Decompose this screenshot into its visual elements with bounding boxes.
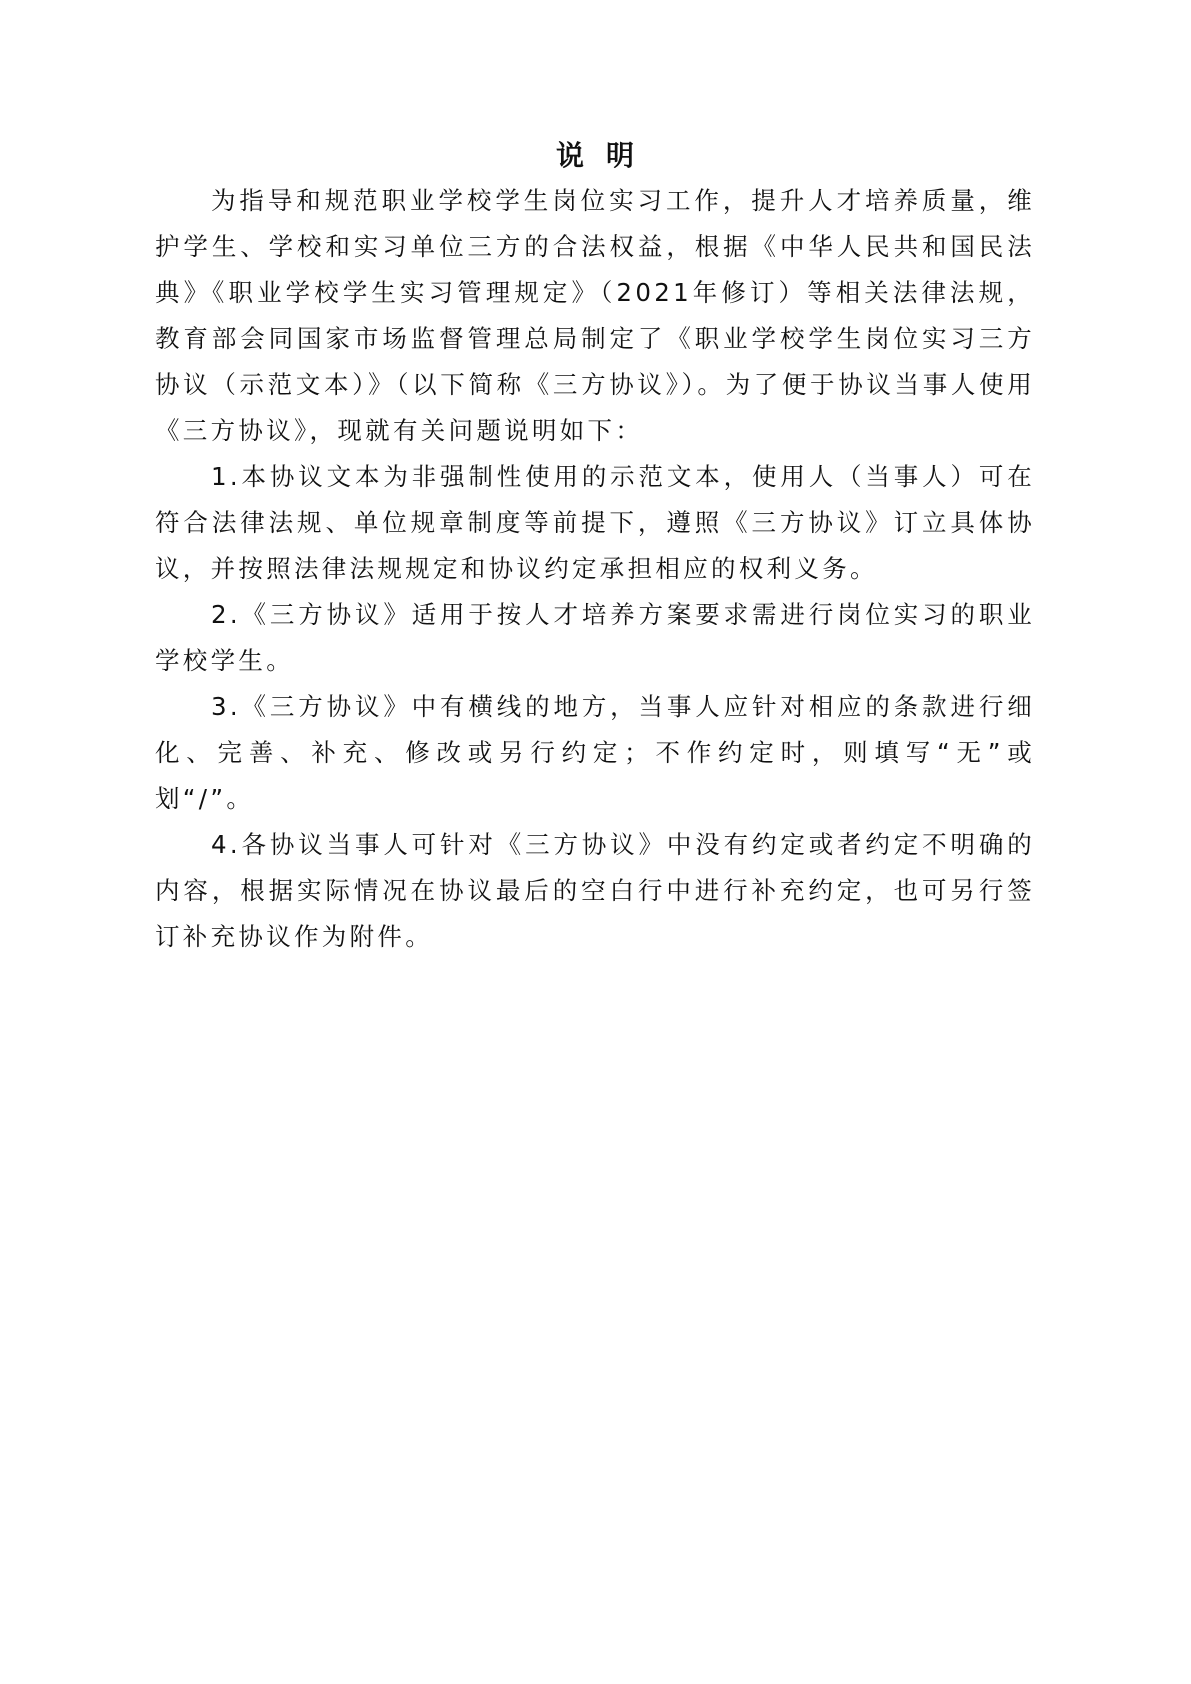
item-4-paragraph: 4.各协议当事人可针对《三方协议》中没有约定或者约定不明确的内容，根据实际情况在… (155, 822, 1035, 960)
document-page: 说明 为指导和规范职业学校学生岗位实习工作，提升人才培养质量，维护学生、学校和实… (155, 134, 1035, 960)
intro-paragraph: 为指导和规范职业学校学生岗位实习工作，提升人才培养质量，维护学生、学校和实习单位… (155, 178, 1035, 454)
item-3-paragraph: 3.《三方协议》中有横线的地方，当事人应针对相应的条款进行细化、完善、补充、修改… (155, 684, 1035, 822)
document-title: 说明 (177, 134, 1035, 178)
item-2-paragraph: 2.《三方协议》适用于按人才培养方案要求需进行岗位实习的职业学校学生。 (155, 592, 1035, 684)
item-1-paragraph: 1.本协议文本为非强制性使用的示范文本，使用人（当事人）可在符合法律法规、单位规… (155, 454, 1035, 592)
